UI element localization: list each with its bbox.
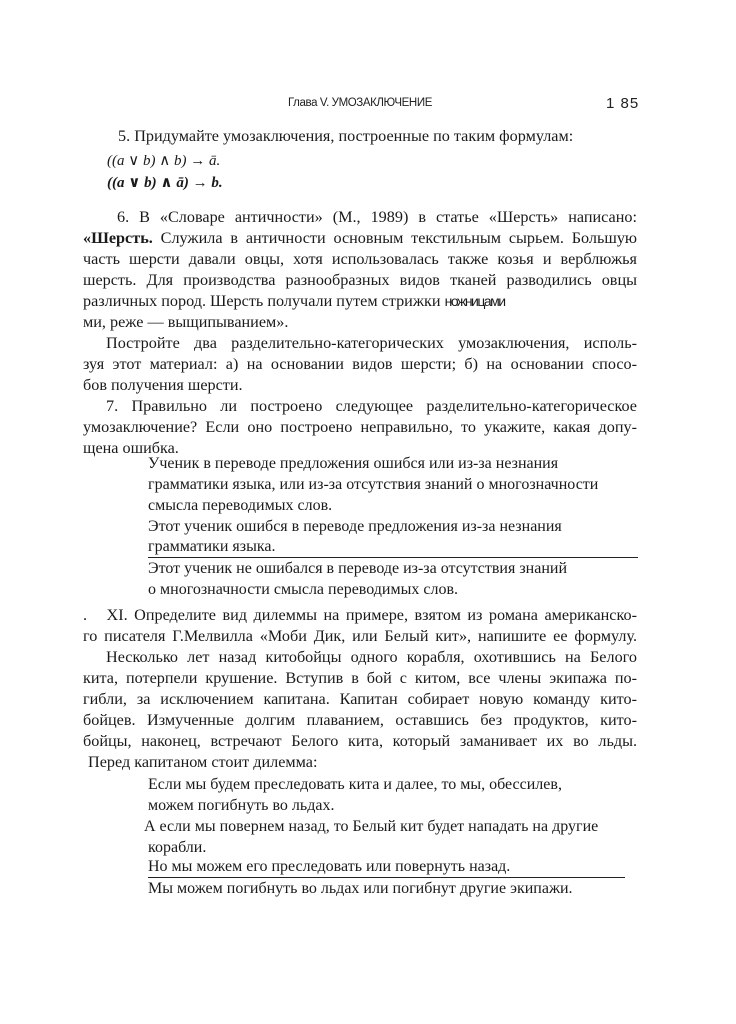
- running-header: Глава V. УМОЗАКЛЮЧЕНИЕ: [288, 97, 432, 109]
- task6-instruction-3: бов получения шерсти.: [83, 375, 243, 396]
- task6-line-4: шерсть. Для производства разнообразных в…: [83, 270, 637, 291]
- syllogism-premise-1c: смысла переводимых слов.: [148, 495, 332, 516]
- bold-term: «Шерсть.: [83, 229, 153, 247]
- dilemma-conclusion: Мы можем погибнуть во льдах или погибнут…: [148, 878, 573, 899]
- task5-text: 5. Придумайте умозаключения, построенные…: [118, 126, 573, 147]
- dilemma-premise-2a: А если мы повернем назад, то Белый кит б…: [144, 816, 598, 837]
- task11-line-1: . XI. Определите вид дилеммы на примере,…: [83, 605, 637, 626]
- task6-line-2: «Шерсть. Служила в античности основным т…: [83, 228, 637, 249]
- task6-line-1: 6. В «Словаре античности» (М., 1989) в с…: [117, 207, 637, 228]
- task11-line-6: бойцев. Измученные долгим плаванием, ост…: [83, 710, 637, 731]
- task11-line-8: Перед капитаном стоит дилемма:: [88, 752, 317, 773]
- task6-line-3: часть шерсти давали овцы, хотя использов…: [83, 249, 637, 270]
- task11-line-2: го писателя Г.Мелвилла «Моби Дик, или Бе…: [83, 626, 637, 647]
- task11-line-5: гибли, за исключением капитана. Капитан …: [83, 689, 637, 710]
- task6-instruction-1: Постройте два разделительно-категорическ…: [106, 333, 637, 354]
- garbled-word: ножницами: [445, 293, 505, 309]
- formula-1: ((a ∨ b) ∧ b) → ā.: [107, 151, 220, 170]
- syllogism-premise-2a: Этот ученик ошибся в переводе предложени…: [148, 516, 562, 537]
- dilemma-premise-1a: Если мы будем преследовать кита и далее,…: [148, 774, 562, 795]
- task7-line-1: 7. Правильно ли построено следующее разд…: [106, 396, 637, 417]
- task7-line-2: умозаключение? Если оно построено неправ…: [83, 417, 637, 438]
- task6-line-6: ми, реже — выщипыванием».: [83, 312, 288, 333]
- task6-instruction-2: зуя этот материал: а) на основании видов…: [83, 354, 637, 375]
- page-number: 1 85: [606, 95, 639, 112]
- dilemma-premise-2b: корабли.: [148, 837, 206, 858]
- syllogism-conclusion-b: о многозначности смысла переводимых слов…: [148, 579, 458, 600]
- syllogism-premise-2b: грамматики языка.: [148, 536, 638, 558]
- dilemma-premise-3: Но мы можем его преследовать или поверну…: [148, 856, 625, 878]
- dilemma-premise-1b: можем погибнуть во льдах.: [148, 795, 334, 816]
- task11-line-3: Несколько лет назад китобойцы одного кор…: [106, 647, 637, 668]
- syllogism-premise-1a: Ученик в переводе предложения ошибся или…: [148, 453, 558, 474]
- syllogism-conclusion-a: Этот ученик не ошибался в переводе из-за…: [148, 558, 567, 579]
- task6-line-5: различных пород. Шерсть получали путем с…: [83, 291, 505, 312]
- syllogism-premise-1b: грамматики языка, или из-за отсутствия з…: [148, 474, 598, 495]
- task11-line-7: бойцы, наконец, встречают Белого кита, к…: [83, 731, 637, 752]
- formula-2: ((a ∨ b) ∧ ā) → b.: [107, 173, 223, 192]
- task11-line-4: кита, потерпели крушение. Вступив в бой …: [83, 668, 637, 689]
